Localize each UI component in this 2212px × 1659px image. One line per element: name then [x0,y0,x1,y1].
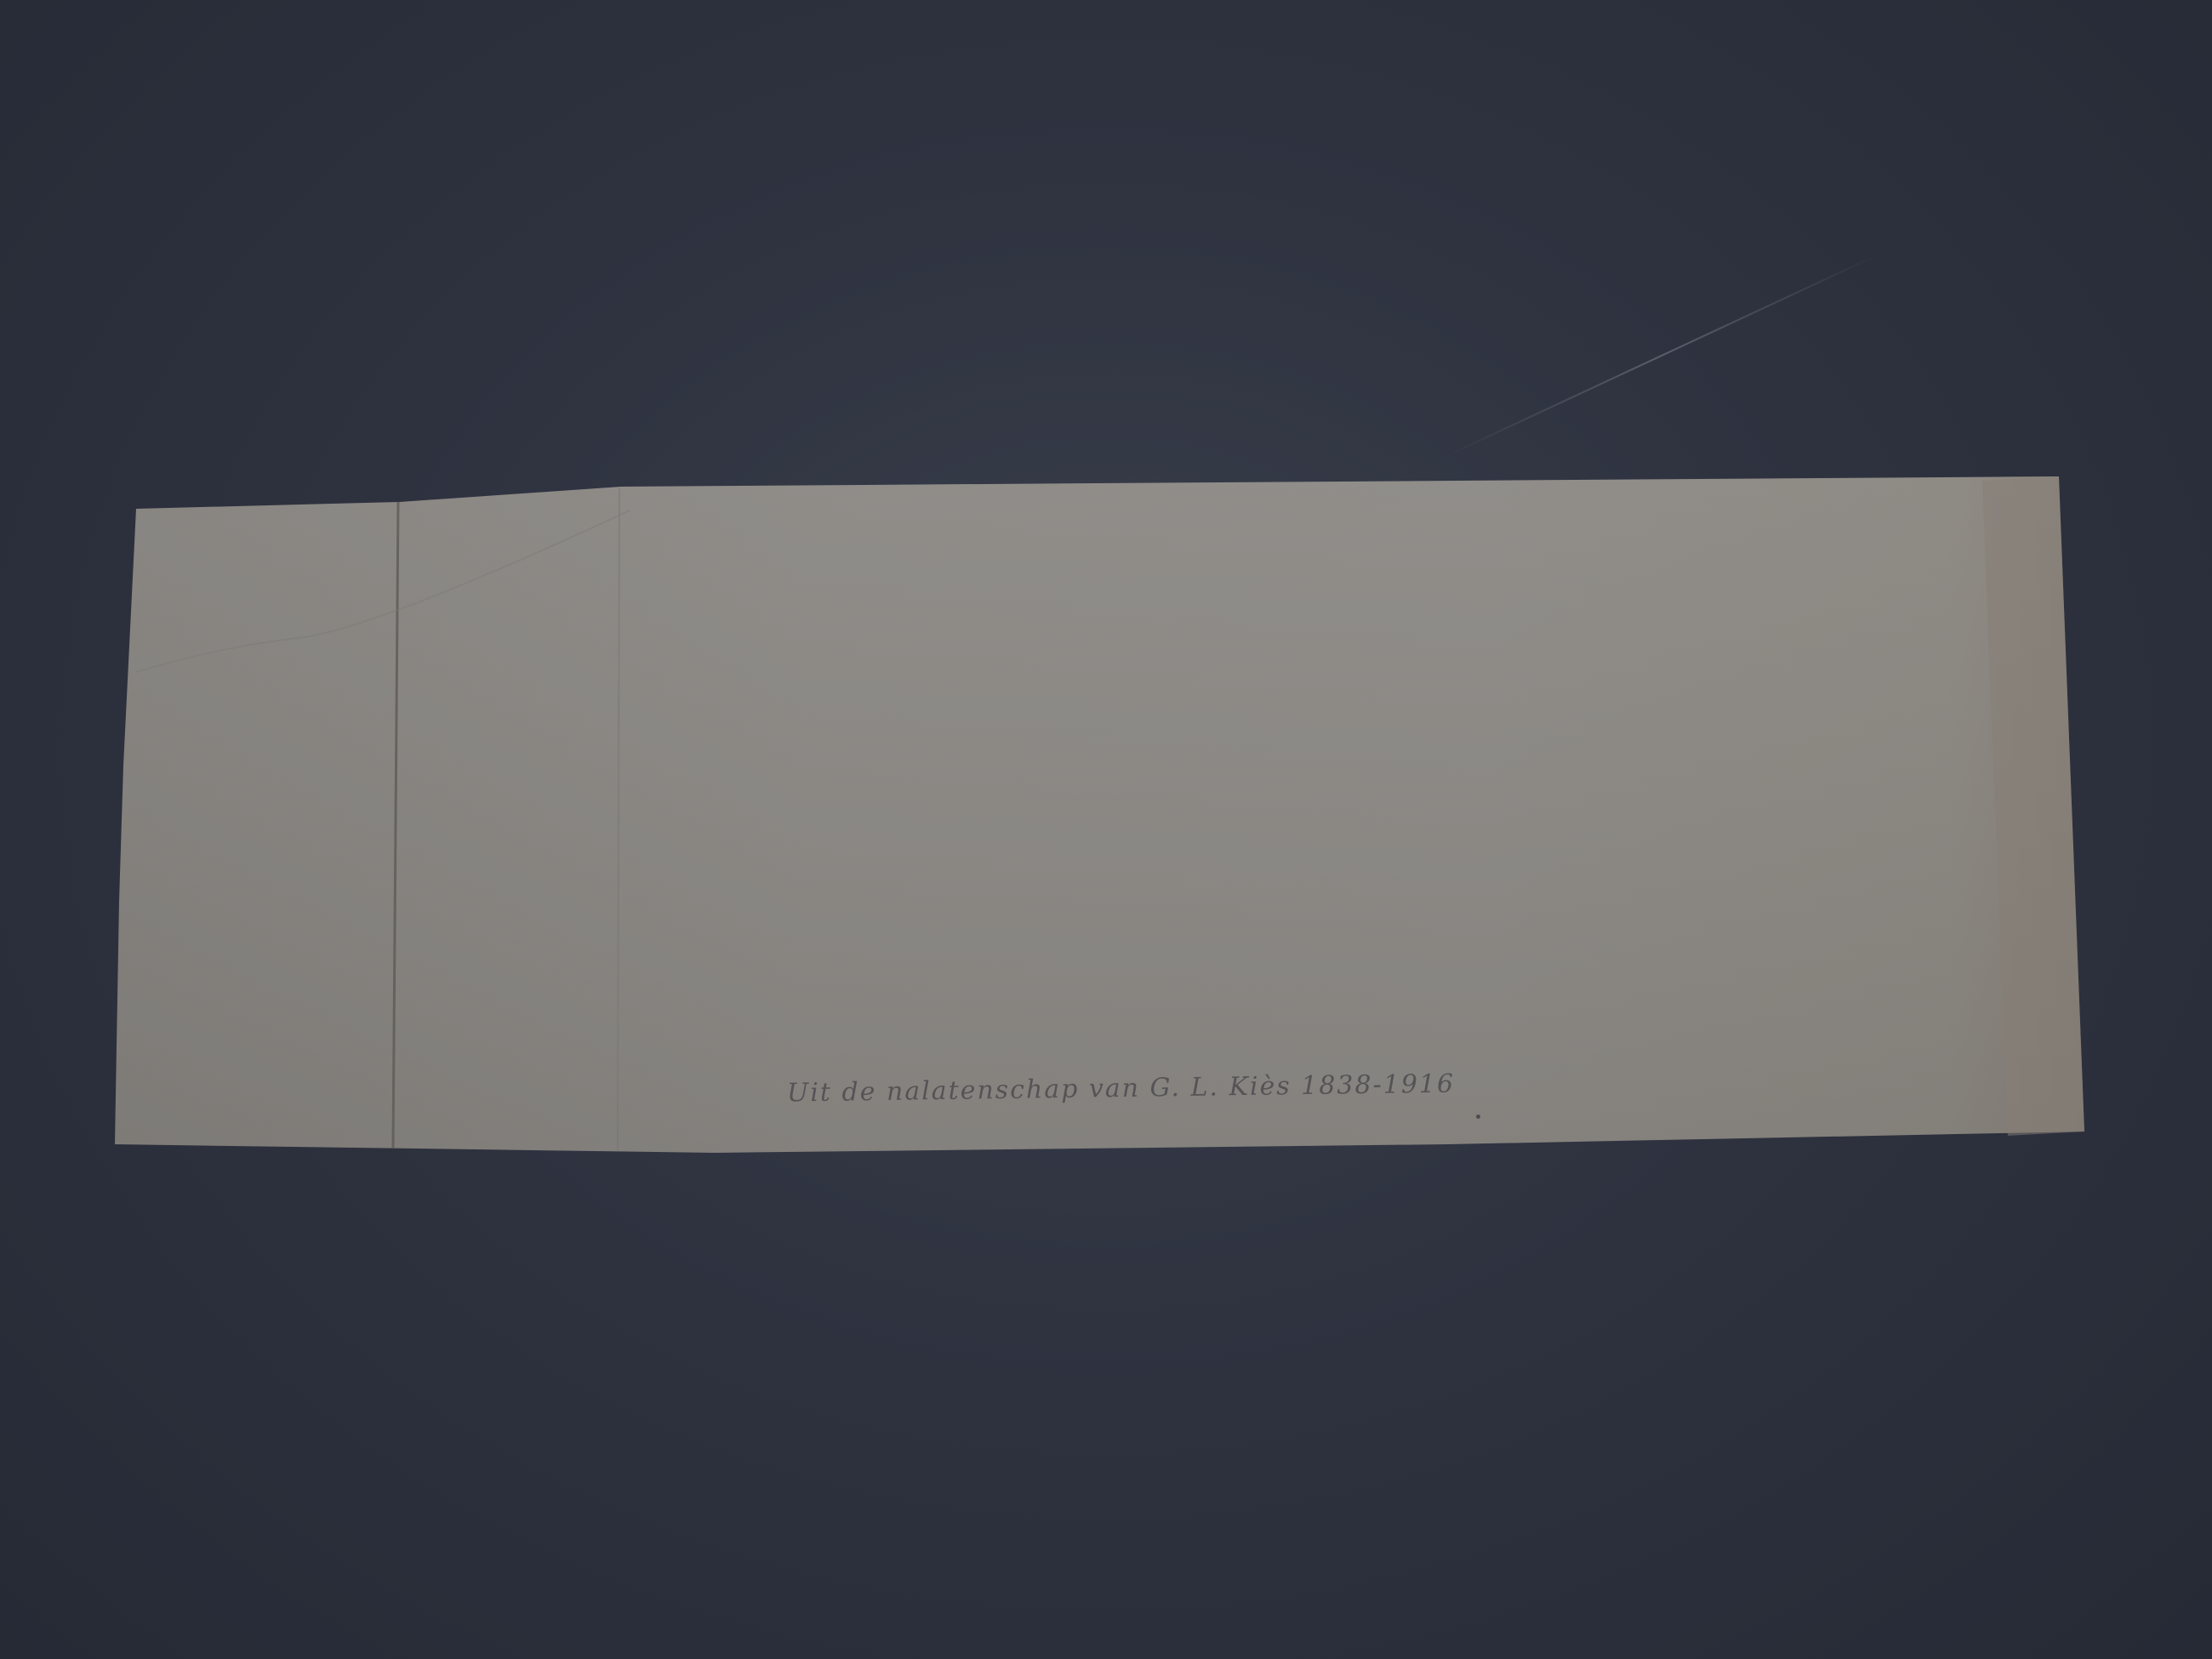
paper-strip [0,0,2212,1659]
ink-dot [1476,1115,1480,1119]
